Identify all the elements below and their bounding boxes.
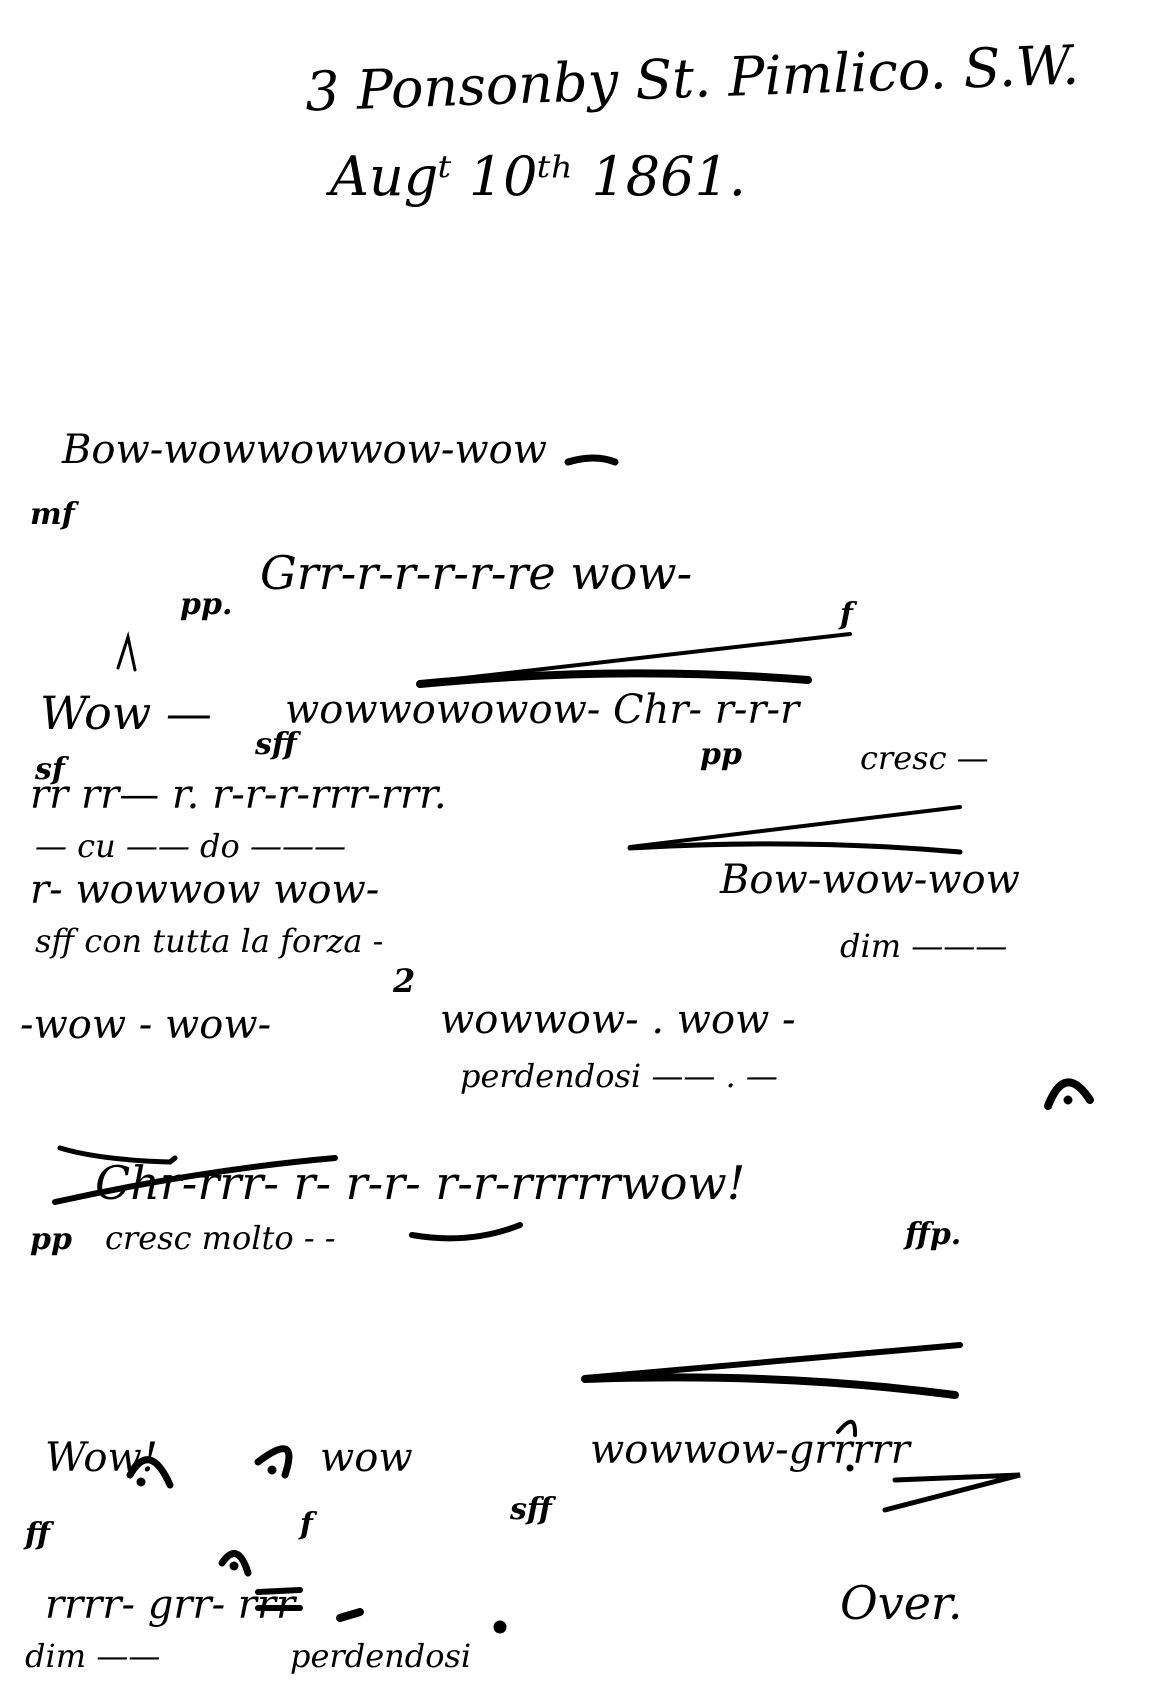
- diminuendo-hairpin: [60, 1148, 175, 1162]
- diminuendo-hairpin: [55, 1158, 335, 1202]
- crescendo-hairpin: [630, 807, 960, 847]
- diminuendo-hairpin: [885, 1475, 1020, 1510]
- fermata-dot: [1064, 1096, 1072, 1104]
- crescendo-hairpin: [585, 1377, 955, 1395]
- crescendo-hairpin: [630, 844, 960, 852]
- separator-stroke: [412, 1225, 520, 1238]
- dash-stroke: [340, 1612, 360, 1618]
- period-dot: [494, 1621, 506, 1633]
- dash-stroke: [568, 458, 615, 462]
- musical-strokes: [0, 0, 1159, 1707]
- fermata-icon: [130, 1460, 170, 1485]
- crescendo-hairpin: [585, 1345, 960, 1378]
- accent-mark: [118, 637, 135, 670]
- fermata-icon: [838, 1422, 855, 1435]
- double-bar-stroke: [258, 1590, 300, 1592]
